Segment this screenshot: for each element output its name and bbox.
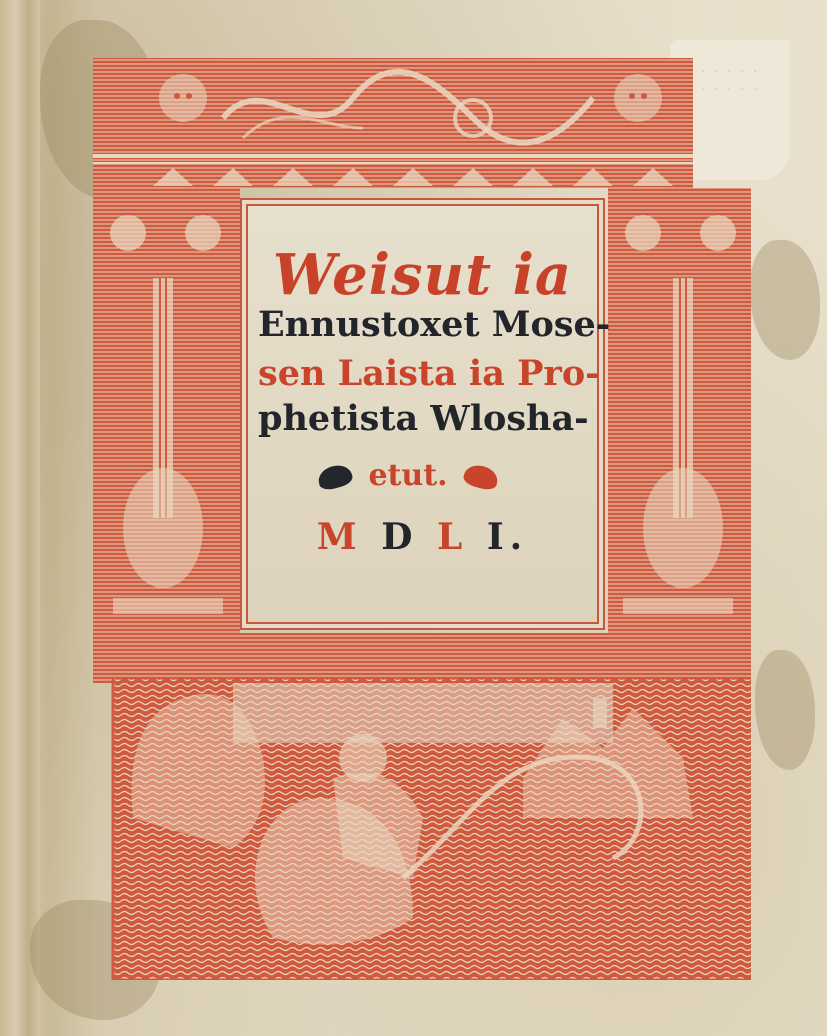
title-line-2: Ennustoxet Mose-	[258, 304, 610, 345]
red-leaf-ornament-icon	[462, 462, 501, 492]
scanned-page: · · · · ·· · · · ·	[0, 0, 827, 1036]
black-leaf-ornament-icon	[316, 462, 355, 492]
publication-date: M D L I.	[240, 516, 605, 558]
water-stain	[750, 240, 820, 360]
date-part-d: D	[381, 516, 418, 558]
title-block: Weisut ia Ennustoxet Mose- sen Laista ia…	[240, 198, 605, 630]
title-line-4: phetista Wlosha-	[258, 398, 589, 439]
title-line-5-text: etut.	[368, 458, 447, 493]
title-line-1: Weisut ia	[240, 242, 605, 308]
date-part-l: L	[437, 516, 468, 558]
title-line-5: etut.	[312, 458, 504, 493]
water-stain	[755, 650, 815, 770]
title-line-3: sen Laista ia Pro-	[258, 353, 600, 394]
page-spine-edge	[0, 0, 40, 1036]
date-part-m: M	[317, 516, 363, 558]
date-part-i: I.	[487, 516, 528, 558]
